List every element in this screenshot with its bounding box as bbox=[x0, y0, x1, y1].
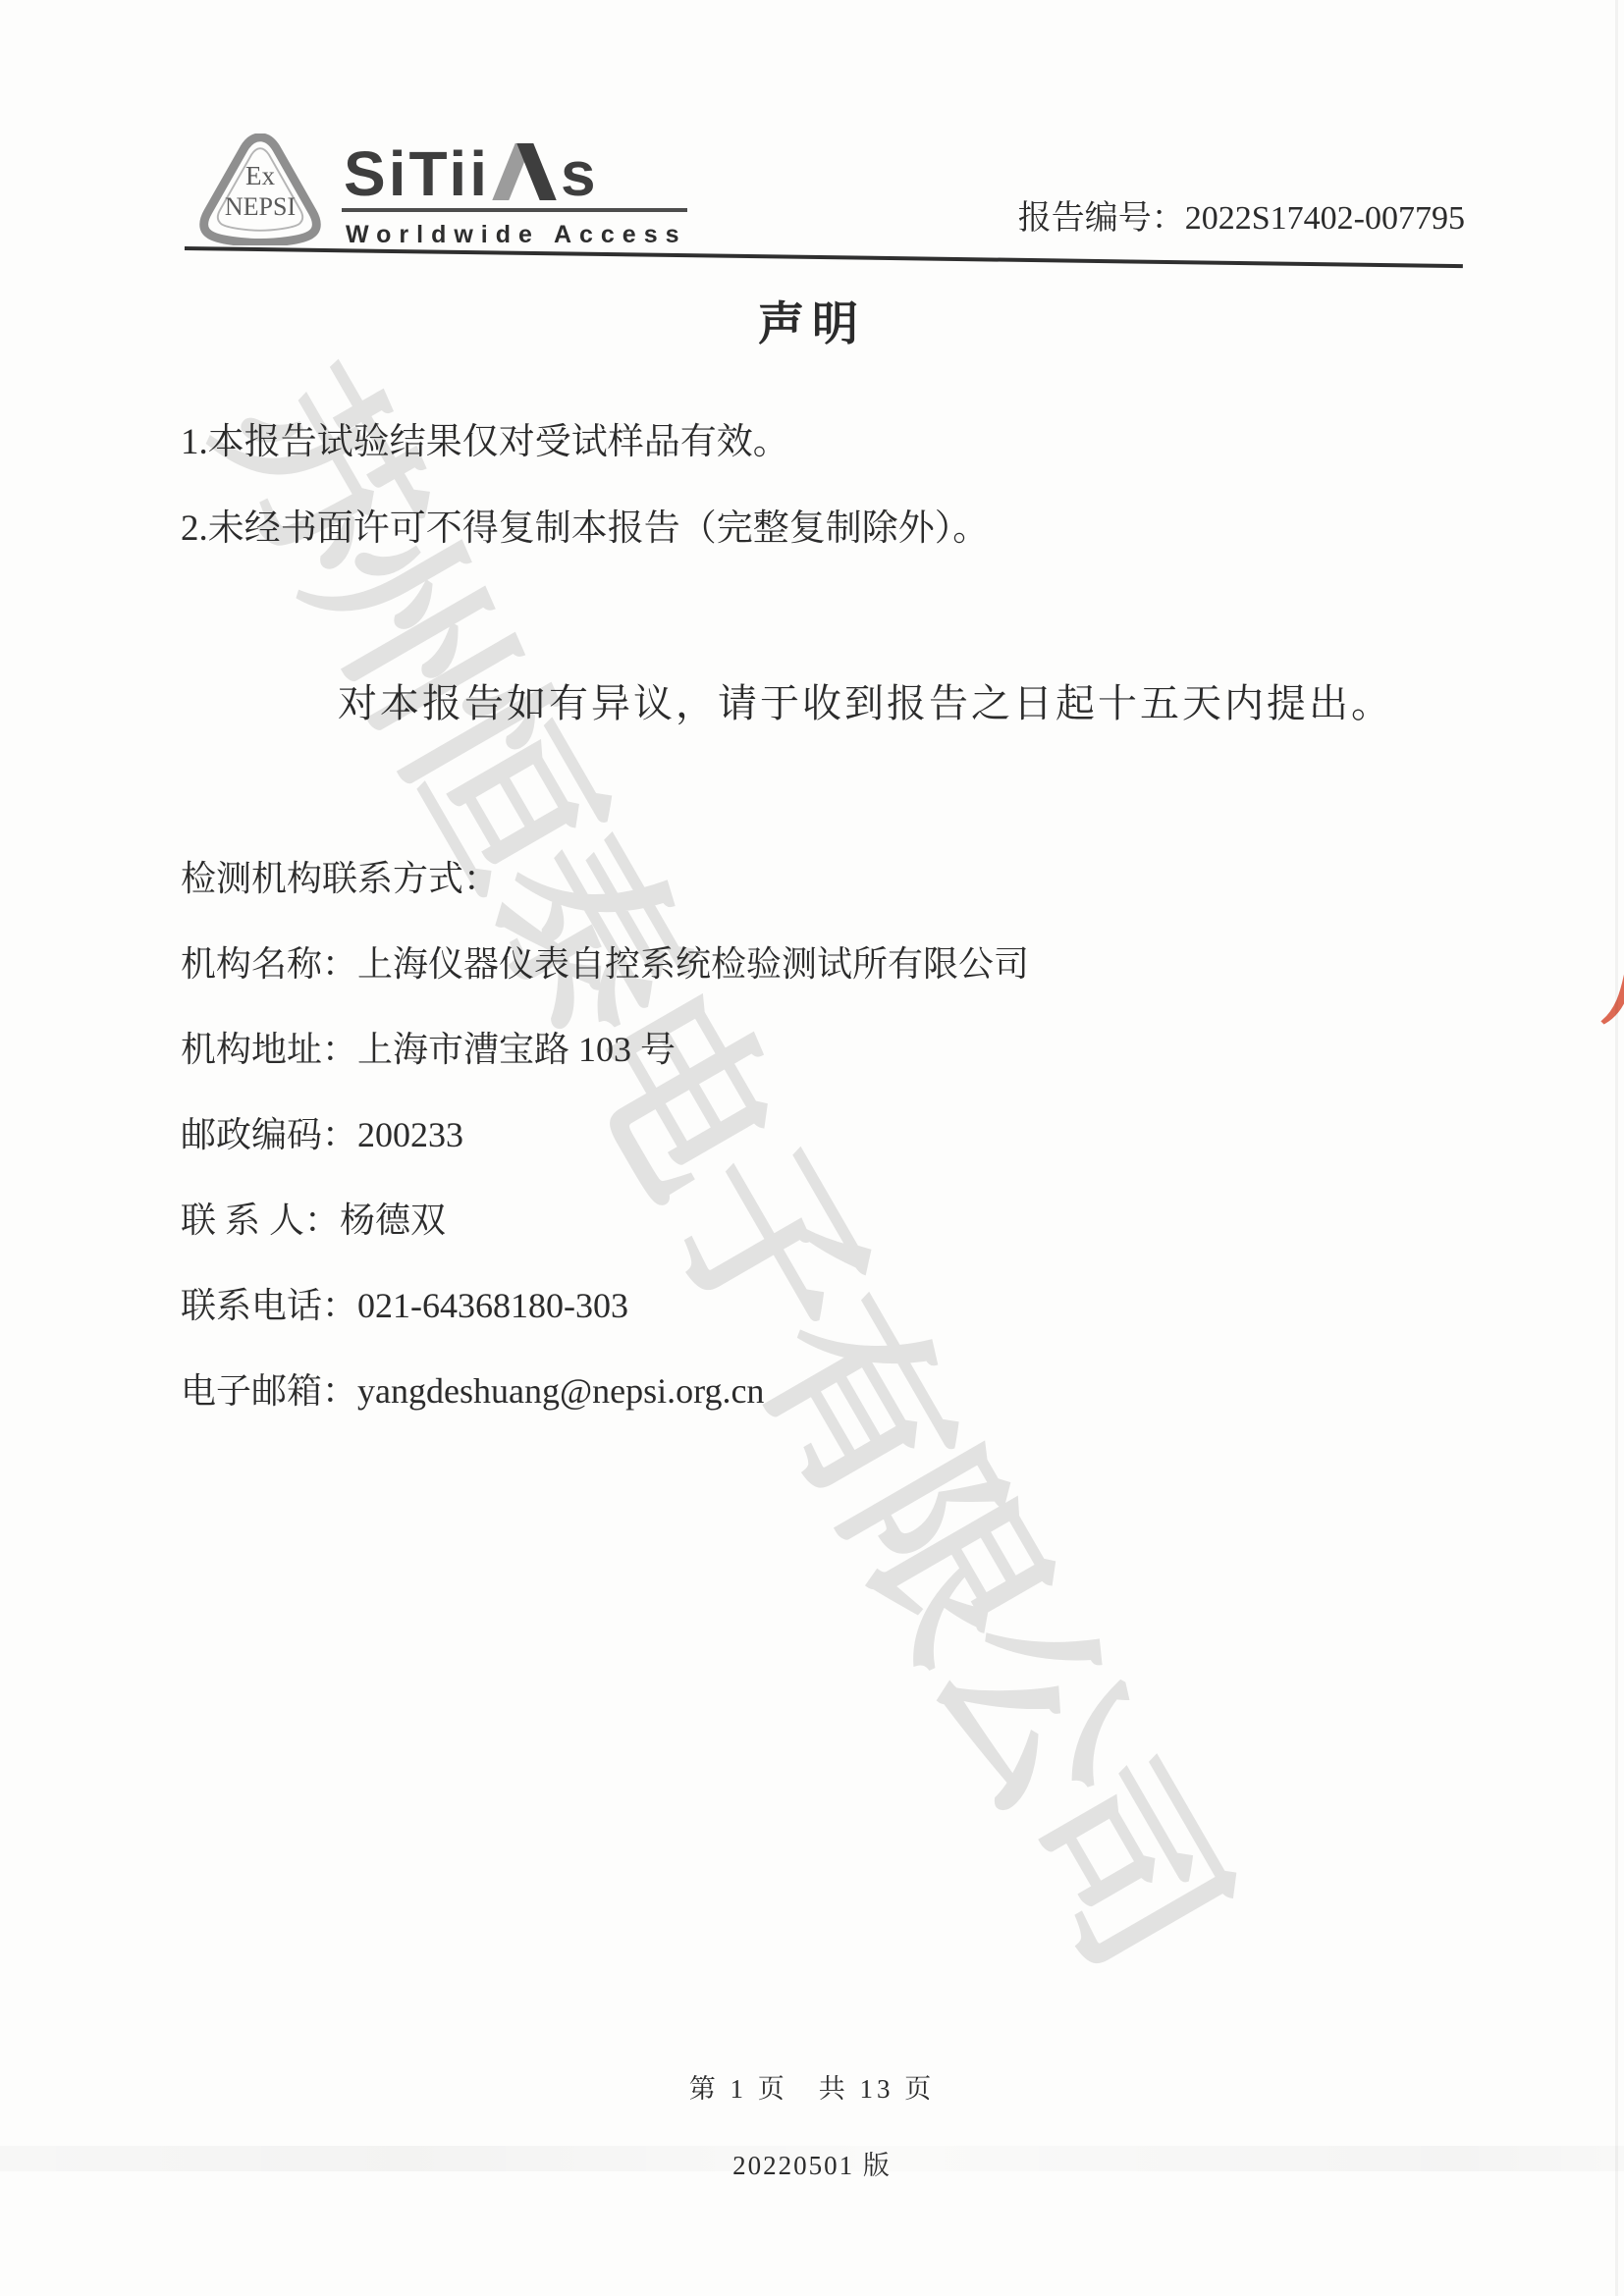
contact-line-person: 联 系 人：杨德双 bbox=[181, 1193, 446, 1243]
brand-text-right: s bbox=[561, 147, 599, 200]
report-number-label: 报告编号： bbox=[1018, 200, 1185, 237]
contact-value: 上海仪器仪表自控系统检验测试所有限公司 bbox=[357, 944, 1029, 984]
company-watermark: 苏州恒泰电子有限公司 bbox=[170, 316, 1298, 1999]
document-title: 声明 bbox=[0, 288, 1624, 353]
badge-ex-label: Ex bbox=[194, 161, 326, 191]
contact-label: 电子邮箱： bbox=[181, 1371, 357, 1411]
statement-1: 1.本报告试验结果仅对受试样品有效。 bbox=[181, 411, 789, 464]
page-number: 第 1 页 共 13 页 bbox=[0, 2067, 1624, 2106]
version-label: 20220501 版 bbox=[0, 2144, 1624, 2182]
contact-line-address: 机构地址：上海市漕宝路 103 号 bbox=[181, 1022, 676, 1072]
brand-letter-a-icon bbox=[498, 143, 559, 200]
contact-label: 机构名称： bbox=[181, 944, 357, 984]
header-rule bbox=[185, 246, 1463, 268]
contact-value: 200233 bbox=[357, 1115, 463, 1154]
header-logo-group: Ex NEPSI SiTii s Worldwide Access bbox=[194, 133, 687, 249]
contact-label: 机构地址： bbox=[181, 1030, 357, 1069]
contact-section-header: 检测机构联系方式： bbox=[181, 851, 499, 901]
badge-nepsi-label: NEPSI bbox=[194, 192, 326, 222]
contact-value: 杨德双 bbox=[340, 1201, 446, 1240]
objection-notice: 对本报告如有异议，请于收到报告之日起十五天内提出。 bbox=[338, 672, 1393, 728]
contact-label: 联系电话： bbox=[181, 1286, 357, 1325]
brand-text-left: SiTii bbox=[344, 147, 490, 200]
report-page: 苏州恒泰电子有限公司 Ex NEPSI SiTii s Worldwide Ac… bbox=[0, 0, 1624, 2296]
report-number-line: 报告编号：2022S17402-007795 bbox=[1018, 190, 1465, 239]
nepsi-ex-badge-icon: Ex NEPSI bbox=[194, 133, 326, 245]
contact-value: 上海市漕宝路 103 号 bbox=[357, 1030, 676, 1069]
sitiias-logo: SiTii s Worldwide Access bbox=[342, 133, 687, 249]
statement-2: 2.未经书面许可不得复制本报告（完整复制除外）。 bbox=[181, 498, 989, 551]
contact-line-postcode: 邮政编码：200233 bbox=[181, 1107, 463, 1157]
contact-label: 联 系 人： bbox=[181, 1201, 340, 1240]
contact-line-phone: 联系电话：021-64368180-303 bbox=[181, 1278, 628, 1328]
contact-line-name: 机构名称：上海仪器仪表自控系统检验测试所有限公司 bbox=[181, 936, 1029, 987]
scan-edge-line bbox=[1615, 0, 1618, 2296]
contact-line-email: 电子邮箱：yangdeshuang@nepsi.org.cn bbox=[181, 1363, 764, 1414]
contact-label: 邮政编码： bbox=[181, 1115, 357, 1154]
report-number-value: 2022S17402-007795 bbox=[1185, 200, 1465, 237]
contact-value: 021-64368180-303 bbox=[357, 1286, 628, 1325]
brand-tagline: Worldwide Access bbox=[342, 221, 687, 249]
contact-value: yangdeshuang@nepsi.org.cn bbox=[357, 1371, 764, 1411]
sitiias-wordmark: SiTii s bbox=[342, 143, 687, 212]
